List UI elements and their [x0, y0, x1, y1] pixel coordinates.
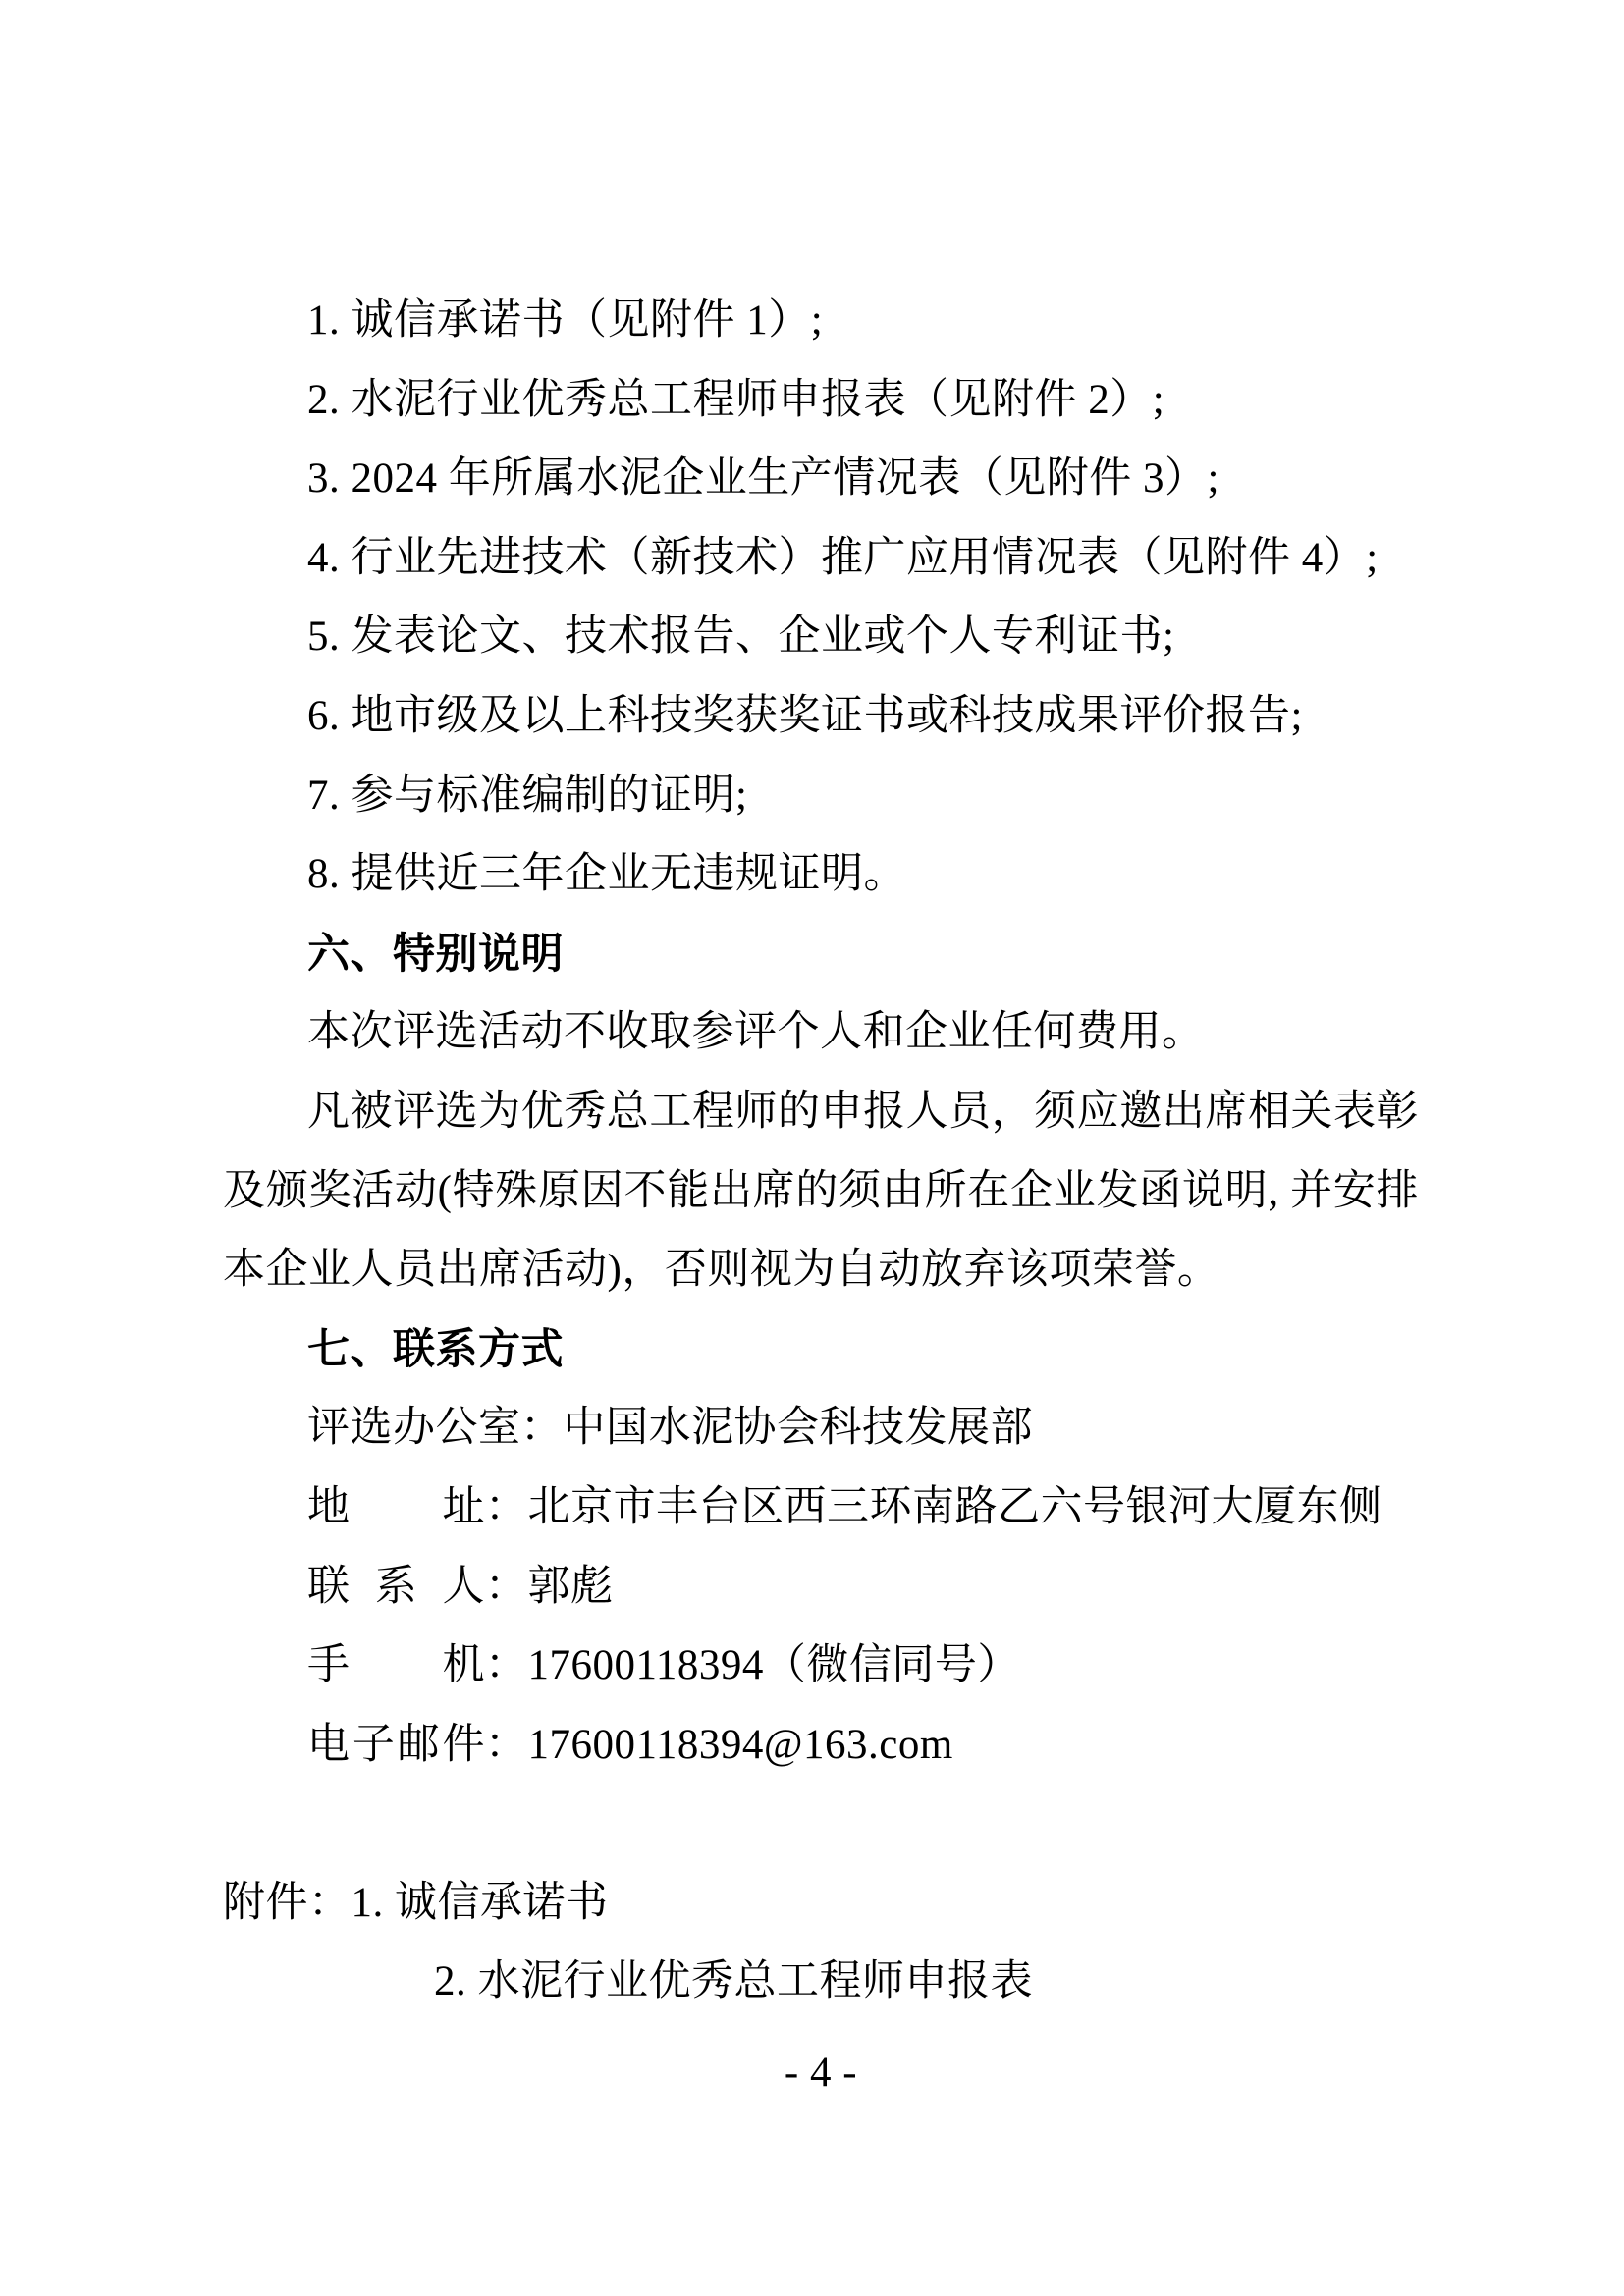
contact-value-address: 北京市丰台区西三环南路乙六号银河大厦东侧: [528, 1484, 1382, 1530]
list-item-3: 3. 2024 年所属水泥企业生产情况表（见附件 3）;: [223, 440, 1419, 519]
contact-value-office: 中国水泥协会科技发展部: [564, 1405, 1034, 1451]
contact-row-email: 电子邮件：17600118394@163.com: [223, 1706, 1419, 1786]
section-heading-contact-info: 七、联系方式: [223, 1310, 1419, 1390]
contact-row-office: 评选办公室：中国水泥协会科技发展部: [223, 1389, 1419, 1468]
list-item-6: 6. 地市级及以上科技奖获奖证书或科技成果评价报告;: [223, 677, 1419, 757]
contact-label-email: 电子邮件: [307, 1706, 485, 1786]
contact-row-person: 联系人：郭彪: [223, 1548, 1419, 1628]
contact-value-person: 郭彪: [528, 1564, 614, 1610]
contact-colon: ：: [485, 1484, 528, 1530]
contact-colon: ：: [520, 1405, 564, 1451]
list-item-5: 5. 发表论文、技术报告、企业或个人专利证书;: [223, 598, 1419, 677]
paragraph-attendance-line-3: 本企业人员出席活动)，否则视为自动放弃该项荣誉。: [223, 1231, 1419, 1310]
attachments-line-1: 附件：1. 诚信承诺书: [223, 1864, 1419, 1944]
paragraph-attendance-line-2: 及颁奖活动(特殊原因不能出席的须由所在企业发函说明, 并安排: [223, 1152, 1419, 1232]
contact-row-address: 地址：北京市丰台区西三环南路乙六号银河大厦东侧: [223, 1468, 1419, 1548]
list-item-1: 1. 诚信承诺书（见附件 1）;: [223, 282, 1419, 361]
paragraph-attendance-line-1: 凡被评选为优秀总工程师的申报人员，须应邀出席相关表彰: [223, 1073, 1419, 1152]
section-heading-special-notes: 六、特别说明: [223, 915, 1419, 994]
attachments-line-2: 2. 水泥行业优秀总工程师申报表: [223, 1943, 1419, 2022]
paragraph-no-fee: 本次评选活动不收取参评个人和企业任何费用。: [223, 993, 1419, 1073]
contact-colon: ：: [485, 1722, 528, 1768]
contact-value-phone: 17600118394（微信同号）: [528, 1642, 1020, 1688]
contact-label-phone: 手机: [307, 1627, 485, 1706]
blank-line: [223, 1785, 1419, 1864]
contact-value-email: 17600118394@163.com: [528, 1722, 953, 1768]
contact-label-person: 联系人: [307, 1548, 485, 1628]
contact-colon: ：: [485, 1564, 528, 1610]
contact-label-office: 评选办公室: [307, 1389, 520, 1468]
contact-row-phone: 手机：17600118394（微信同号）: [223, 1627, 1419, 1706]
list-item-2: 2. 水泥行业优秀总工程师申报表（见附件 2）;: [223, 361, 1419, 441]
list-item-7: 7. 参与标准编制的证明;: [223, 757, 1419, 836]
contact-label-address: 地址: [307, 1468, 485, 1548]
contact-colon: ：: [485, 1642, 528, 1688]
document-page: 1. 诚信承诺书（见附件 1）; 2. 水泥行业优秀总工程师申报表（见附件 2）…: [0, 0, 1624, 2296]
list-item-8: 8. 提供近三年企业无违规证明。: [223, 835, 1419, 915]
list-item-4: 4. 行业先进技术（新技术）推广应用情况表（见附件 4）;: [223, 519, 1419, 599]
page-number: - 4 -: [223, 2034, 1419, 2113]
document-content: 1. 诚信承诺书（见附件 1）; 2. 水泥行业优秀总工程师申报表（见附件 2）…: [223, 282, 1419, 2113]
